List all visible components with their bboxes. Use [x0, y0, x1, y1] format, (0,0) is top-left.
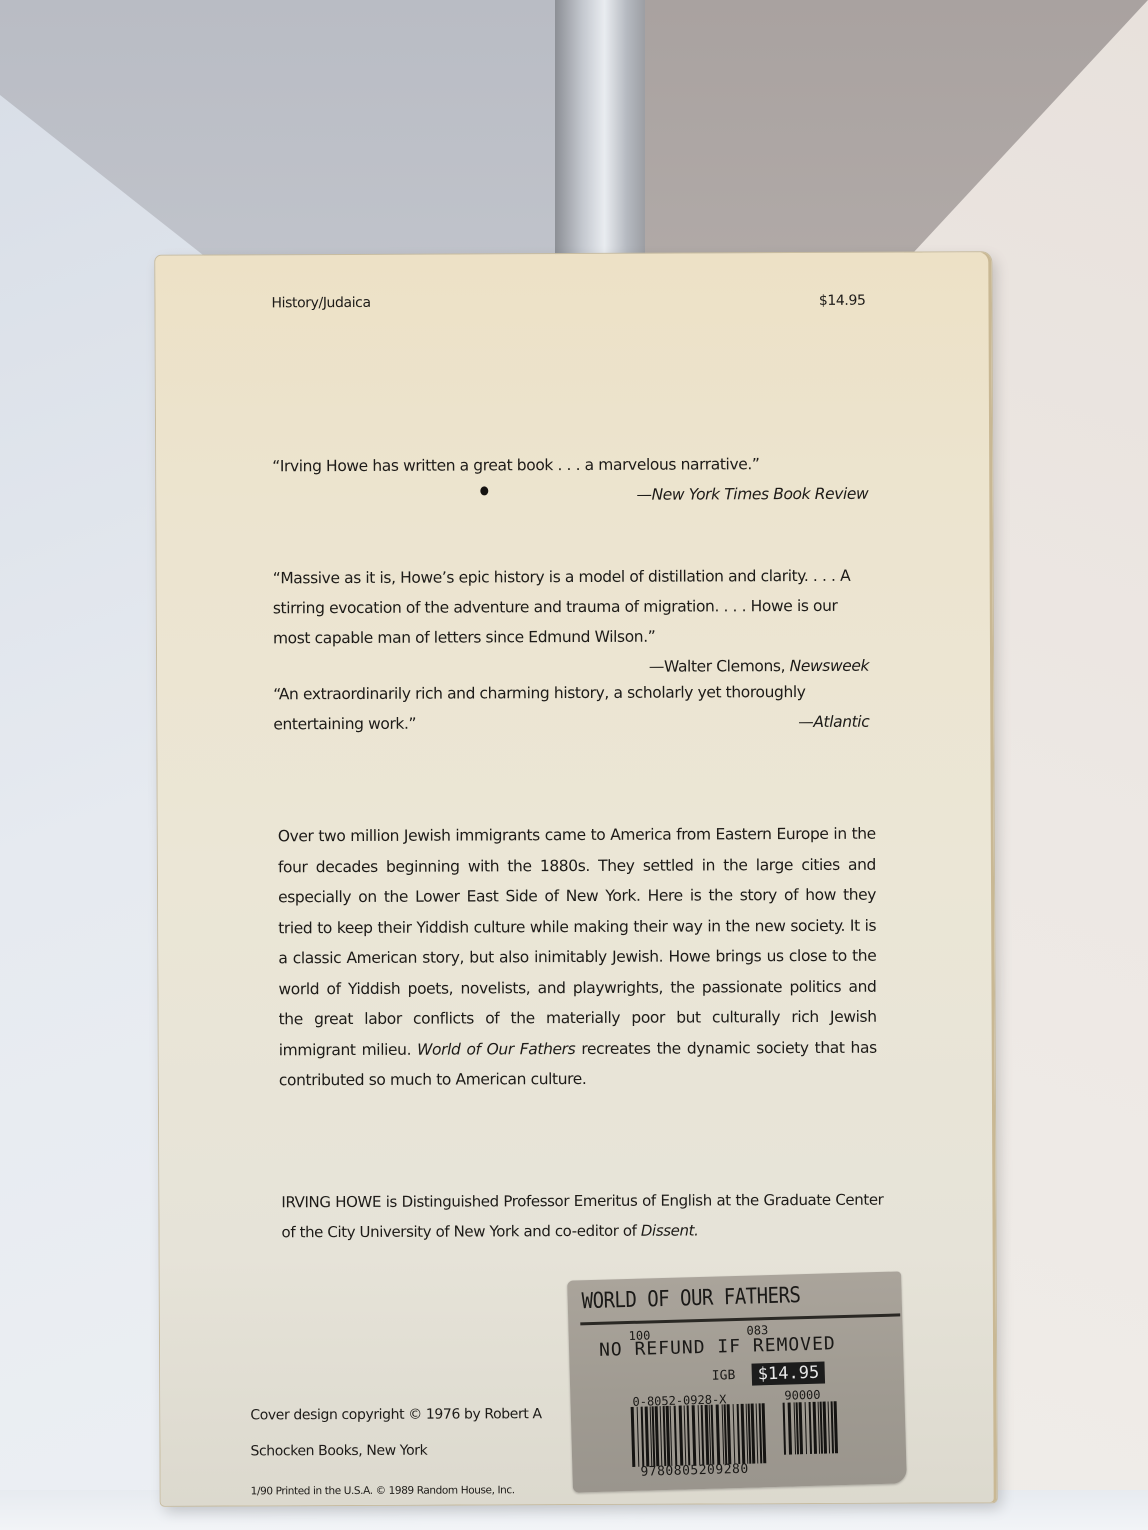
publisher-name: Schocken Books, New York	[250, 1443, 427, 1460]
author-bio: IRVING HOWE is Distinguished Professor E…	[281, 1185, 883, 1248]
sticker-ean: 9780805209280	[640, 1462, 749, 1480]
review-quote-3: “An extraordinarily rich and charming hi…	[273, 677, 869, 740]
print-line: 1/90 Printed in the U.S.A. © 1989 Random…	[251, 1484, 515, 1497]
ink-spot	[480, 486, 488, 495]
quote-text: “Massive as it is, Howe’s epic history i…	[273, 561, 869, 654]
price-sticker: WORLD OF OUR FATHERS 100 083 NO REFUND I…	[567, 1271, 907, 1492]
book-description: Over two million Jewish immigrants came …	[278, 819, 877, 1096]
sticker-addon-code: 90000	[784, 1388, 821, 1403]
quote-attribution: —New York Times Book Review	[272, 479, 868, 512]
sticker-divider	[580, 1313, 900, 1325]
journal-title: Dissent.	[641, 1221, 699, 1239]
attribution-prefix: —	[798, 713, 813, 731]
bio-text: IRVING HOWE is Distinguished Professor E…	[281, 1191, 883, 1242]
review-quote-2: “Massive as it is, Howe’s epic history i…	[273, 561, 870, 684]
attribution-source: Newsweek	[790, 657, 869, 675]
quote-text: “Irving Howe has written a great book . …	[272, 449, 868, 482]
attribution-prefix: —Walter Clemons,	[649, 657, 790, 676]
book-category: History/Judaica	[271, 295, 370, 311]
attribution-source: Atlantic	[813, 713, 869, 731]
attribution-source: New York Times Book Review	[652, 485, 869, 504]
barcode-icon	[631, 1403, 768, 1467]
review-quote-1: “Irving Howe has written a great book . …	[272, 449, 868, 512]
cover-credit: Cover design copyright © 1976 by Robert …	[250, 1406, 541, 1423]
attribution-prefix: —	[636, 486, 651, 504]
sticker-price: $14.95	[751, 1362, 825, 1386]
sticker-store-code: IGB	[712, 1368, 736, 1384]
sticker-title: WORLD OF OUR FATHERS	[581, 1283, 800, 1314]
book-title-inline: World of Our Fathers	[417, 1040, 575, 1059]
description-text: Over two million Jewish immigrants came …	[278, 825, 877, 1059]
book-price: $14.95	[819, 293, 866, 309]
addon-barcode-icon	[783, 1401, 839, 1455]
